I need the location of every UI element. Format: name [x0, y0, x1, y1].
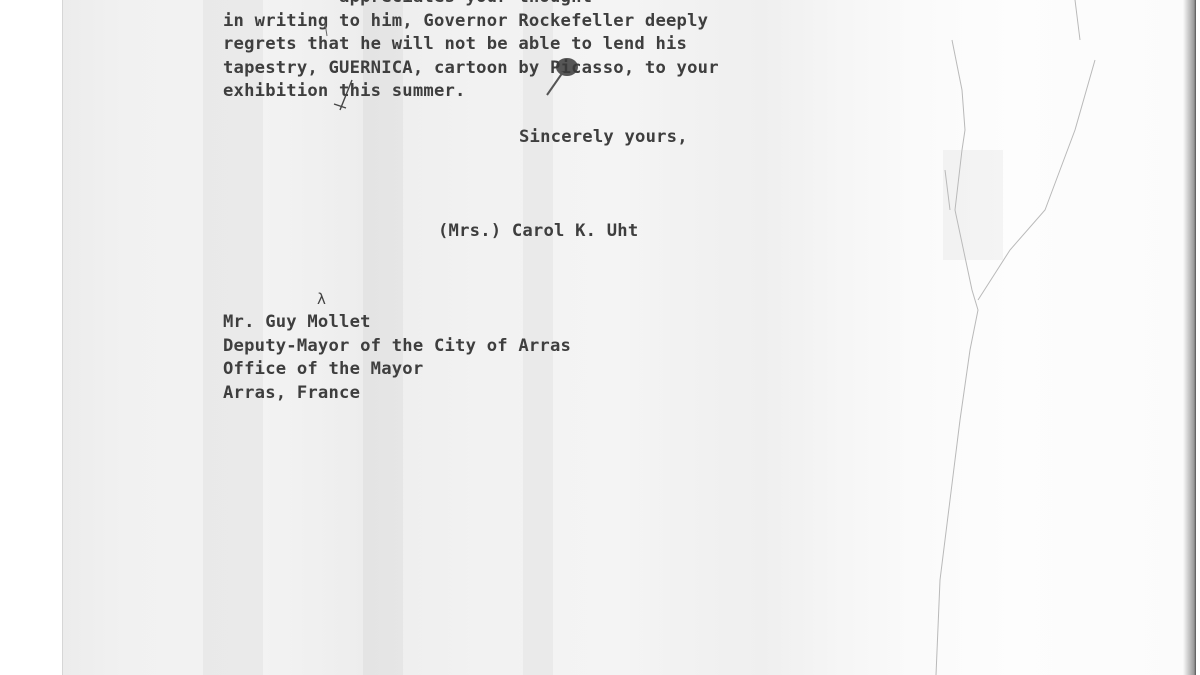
letter-closing: Sincerely yours,: [519, 126, 688, 150]
signature-line: (Mrs.) Carol K. Uht: [438, 220, 638, 244]
ink-blot-icon: [547, 58, 578, 95]
strike-mark-icon: [334, 80, 352, 110]
recipient-location: Arras, France: [223, 382, 571, 406]
recipient-name: Mr. Guy Mollet: [223, 311, 571, 335]
insertion-caret-icon: λ: [317, 290, 326, 308]
recipient-office: Office of the Mayor: [223, 358, 571, 382]
handwritten-marks: [0, 0, 1200, 675]
recipient-title: Deputy-Mayor of the City of Arras: [223, 335, 571, 359]
margin-tick-icon: [325, 23, 327, 36]
recipient-address: Mr. Guy MolletDeputy-Mayor of the City o…: [223, 311, 571, 405]
